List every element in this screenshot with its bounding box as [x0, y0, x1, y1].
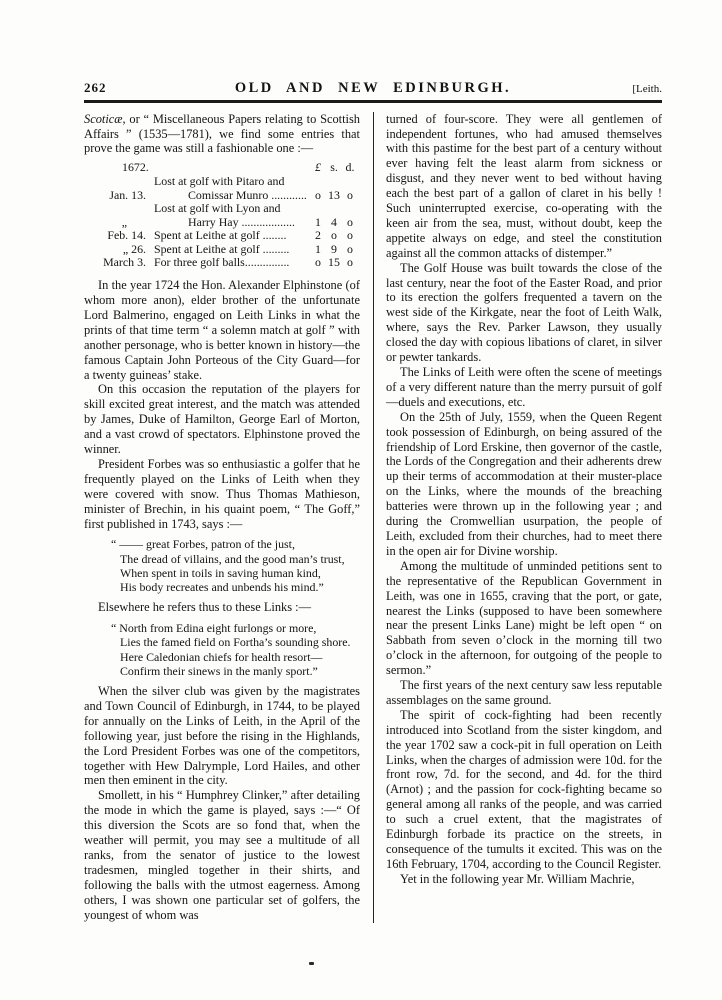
- verse-line: Confirm their sinews in the manly sport.…: [111, 664, 360, 678]
- ledger-desc-line: Spent at Leithe at golf ........: [154, 229, 310, 243]
- ledger-row: „ Lost at golf with Lyon and Harry Hay .…: [88, 202, 360, 229]
- ledger-amount: 1 9 o: [310, 243, 360, 257]
- text-columns: Scoticæ, or “ Miscellaneous Papers relat…: [84, 112, 662, 923]
- currency-columns: £ s. d.: [310, 161, 360, 175]
- scan-artifact: [309, 962, 314, 965]
- verse-line: Here Caledonian chiefs for health resort…: [111, 650, 360, 664]
- expense-ledger: 1672. £ s. d. Jan. 13. Lost at golf with…: [88, 161, 360, 270]
- shillings-symbol: s.: [326, 161, 342, 175]
- amount-pence: o: [342, 256, 358, 270]
- paragraph: turned of four-score. They were all gent…: [386, 112, 662, 261]
- ledger-amount: 1 4 o: [310, 216, 360, 230]
- paragraph: Among the multitude of unminded petition…: [386, 559, 662, 678]
- ledger-desc-line: Spent at Leithe at golf .........: [154, 243, 310, 257]
- ledger-desc-line: For three golf balls...............: [154, 256, 310, 270]
- ledger-amount: 2 o o: [310, 229, 360, 243]
- page-title: OLD AND NEW EDINBURGH.: [154, 80, 592, 97]
- amount-pence: o: [342, 229, 358, 243]
- ledger-amount: o 13 o: [310, 189, 360, 203]
- right-column: turned of four-score. They were all gent…: [373, 112, 662, 923]
- paragraph: The spirit of cock-fighting had been rec…: [386, 708, 662, 872]
- amount-shillings: 4: [326, 216, 342, 230]
- ledger-row: Jan. 13. Lost at golf with Pitaro and Co…: [88, 175, 360, 202]
- verse-line: When spent in toils in saving human kind…: [111, 566, 360, 580]
- verse-line: The dread of villains, and the good man’…: [111, 552, 360, 566]
- ledger-header: 1672. £ s. d.: [88, 161, 360, 175]
- paragraph: Scoticæ, or “ Miscellaneous Papers relat…: [84, 112, 360, 157]
- ledger-desc: Lost at golf with Pitaro and Comissar Mu…: [146, 175, 310, 202]
- running-header: 262 OLD AND NEW EDINBURGH. [Leith.: [84, 80, 662, 97]
- ledger-row: „ 26. Spent at Leithe at golf ......... …: [88, 243, 360, 257]
- ledger-amount: o 15 o: [310, 256, 360, 270]
- ledger-row: Feb. 14. Spent at Leithe at golf .......…: [88, 229, 360, 243]
- ledger-date: „ 26.: [88, 243, 146, 257]
- verse-line: His body recreates and unbends his mind.…: [111, 580, 360, 594]
- ledger-row: March 3. For three golf balls...........…: [88, 256, 360, 270]
- verse-quotation: “ North from Edina eight furlongs or mor…: [111, 621, 360, 678]
- paragraph: The Links of Leith were often the scene …: [386, 365, 662, 410]
- page-number: 262: [84, 80, 154, 96]
- ledger-desc: Lost at golf with Lyon and Harry Hay ...…: [146, 202, 310, 229]
- italic-lead: Scoticæ: [84, 112, 123, 126]
- paragraph-text: , or “ Miscellaneous Papers relating to …: [84, 112, 360, 156]
- page-content: 262 OLD AND NEW EDINBURGH. [Leith. Scoti…: [84, 80, 662, 923]
- paragraph: On the 25th of July, 1559, when the Quee…: [386, 410, 662, 559]
- ledger-date: Feb. 14.: [88, 229, 146, 243]
- ledger-desc: Spent at Leithe at golf ........: [146, 229, 310, 243]
- paragraph: President Forbes was so enthusiastic a g…: [84, 457, 360, 532]
- book-page: 262 OLD AND NEW EDINBURGH. [Leith. Scoti…: [0, 0, 722, 1000]
- amount-shillings: 15: [326, 256, 342, 270]
- paragraph: Elsewhere he refers thus to these Links …: [84, 600, 360, 615]
- header-rule: [84, 100, 662, 103]
- paragraph: Yet in the following year Mr. William Ma…: [386, 872, 662, 887]
- paragraph: The Golf House was built towards the clo…: [386, 261, 662, 365]
- paragraph: The first years of the next century saw …: [386, 678, 662, 708]
- ledger-date: Jan. 13.: [88, 189, 146, 203]
- ledger-desc-line: Harry Hay ..................: [154, 216, 310, 230]
- paragraph: On this occasion the reputation of the p…: [84, 382, 360, 457]
- amount-pounds: o: [310, 256, 326, 270]
- amount-shillings: 13: [326, 189, 342, 203]
- ledger-desc-line: Comissar Munro ............: [154, 189, 310, 203]
- verse-line: Lies the famed field on Fortha’s soundin…: [111, 635, 360, 649]
- ledger-desc-line: Lost at golf with Lyon and: [154, 202, 310, 216]
- verse-line: “ —— great Forbes, patron of the just,: [111, 537, 360, 551]
- verse-line: “ North from Edina eight furlongs or mor…: [111, 621, 360, 635]
- ledger-date: „: [88, 216, 146, 230]
- ledger-desc-line: Lost at golf with Pitaro and: [154, 175, 310, 189]
- amount-shillings: o: [326, 229, 342, 243]
- amount-pence: o: [342, 216, 358, 230]
- amount-pounds: o: [310, 189, 326, 203]
- ledger-desc: Spent at Leithe at golf .........: [146, 243, 310, 257]
- paragraph: In the year 1724 the Hon. Alexander Elph…: [84, 278, 360, 382]
- paragraph: Smollett, in his “ Humphrey Clinker,” af…: [84, 788, 360, 922]
- amount-pounds: 1: [310, 243, 326, 257]
- amount-pounds: 2: [310, 229, 326, 243]
- pounds-symbol: £: [310, 161, 326, 175]
- pence-symbol: d.: [342, 161, 358, 175]
- verse-quotation: “ —— great Forbes, patron of the just, T…: [111, 537, 360, 594]
- left-column: Scoticæ, or “ Miscellaneous Papers relat…: [84, 112, 373, 923]
- paragraph: When the silver club was given by the ma…: [84, 684, 360, 788]
- amount-shillings: 9: [326, 243, 342, 257]
- ledger-date: March 3.: [88, 256, 146, 270]
- amount-pence: o: [342, 243, 358, 257]
- ledger-desc: For three golf balls...............: [146, 256, 310, 270]
- amount-pounds: 1: [310, 216, 326, 230]
- running-head: [Leith.: [592, 83, 662, 95]
- ledger-year: 1672.: [122, 161, 149, 175]
- amount-pence: o: [342, 189, 358, 203]
